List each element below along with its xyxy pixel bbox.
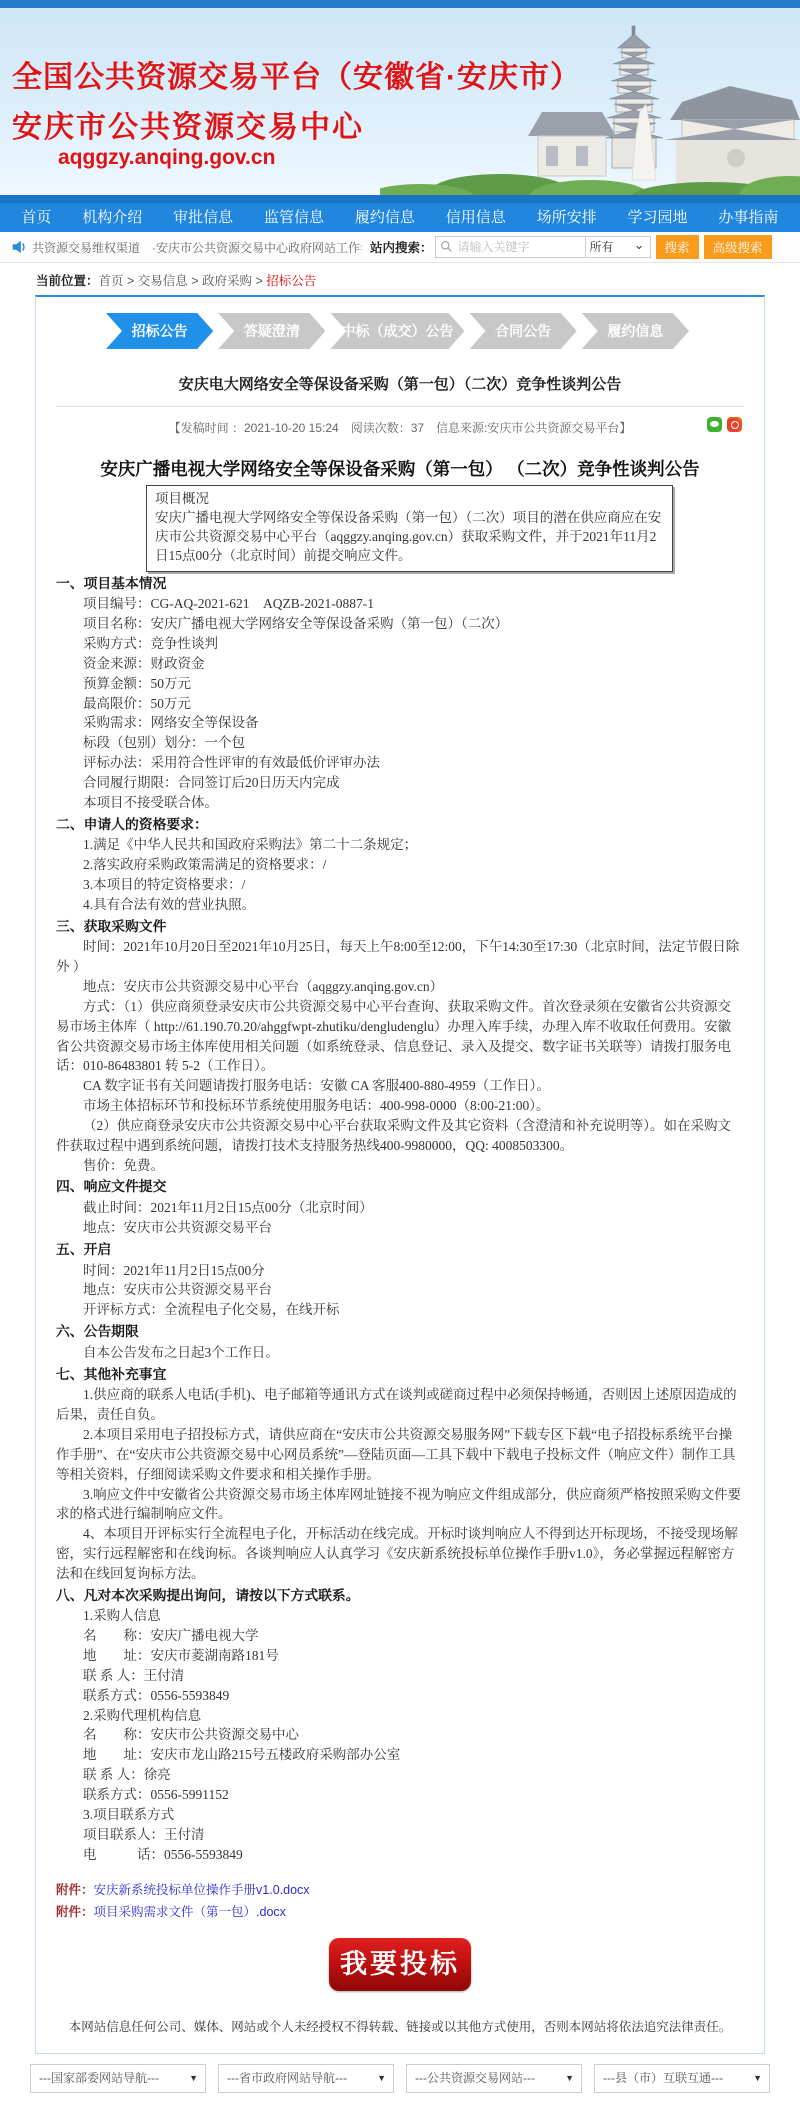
section-line: 自本公告发布之日起3个工作日。 <box>56 1343 744 1363</box>
attachment-link-requirements[interactable]: 项目采购需求文件（第一包）.docx <box>94 1905 286 1919</box>
section-heading: 二、申请人的资格要求： <box>56 815 744 836</box>
section-line: 名 称：安庆市公共资源交易中心 <box>56 1725 744 1745</box>
section-line: 2.采购代理机构信息 <box>56 1706 744 1726</box>
section-line: 1.采购人信息 <box>56 1606 744 1626</box>
main-nav: 首页 机构介绍 审批信息 监管信息 履约信息 信用信息 场所安排 学习园地 办事… <box>0 195 800 232</box>
section-line: 2.落实政府采购政策需满足的资格要求：/ <box>56 855 744 875</box>
site-title-line2: 安庆市公共资源交易中心 <box>12 102 364 146</box>
article-meta-row: 【发稿时间 ：2021-10-20 15:24 阅读次数：37 信息来源:安庆市… <box>56 407 744 446</box>
advanced-search-button[interactable]: 高级搜索 <box>704 235 772 259</box>
section-heading: 一、项目基本情况 <box>56 574 744 595</box>
section-heading: 三、获取采购文件 <box>56 917 744 938</box>
section-line: 1.供应商的联系人电话(手机)、电子邮箱等通讯方式在谈判或磋商过程中必须保持畅通… <box>56 1385 744 1425</box>
section-line: CA 数字证书有关问题请拨打服务电话：安徽 CA 客服400-880-4959（… <box>56 1076 744 1096</box>
search-button[interactable]: 搜索 <box>656 235 699 259</box>
footer-select-trading-sites[interactable]: ---公共资源交易网站--- <box>406 2064 582 2093</box>
ticker-search-row: 共资源交易维权渠道 ·安庆市公共资源交易中心政府网站工作年度报表（20 站内搜索… <box>0 232 800 263</box>
search-icon <box>440 240 453 253</box>
section-line: 标段（包别）划分：一个包 <box>56 733 744 753</box>
nav-item-credit-info[interactable]: 信用信息 <box>446 200 506 227</box>
tab-bid-announcement[interactable]: 招标公告 <box>106 313 213 349</box>
section-line: 项目编号：CG-AQ-2021-621 AQZB-2021-0887-1 <box>56 594 744 614</box>
article-title: 安庆广播电视大学网络安全等保设备采购（第一包） （二次）竞争性谈判公告 <box>56 456 744 481</box>
article-sections: 一、项目基本情况项目编号：CG-AQ-2021-621 AQZB-2021-08… <box>56 574 744 1865</box>
top-strip <box>0 0 800 8</box>
section-line: 地点：安庆市公共资源交易中心平台（aqggzy.anqing.gov.cn） <box>56 977 744 997</box>
section-line: 评标办法：采用符合性评审的有效最低价评审办法 <box>56 753 744 773</box>
share-icons <box>707 417 742 432</box>
section-line: 联 系 人：徐亮 <box>56 1765 744 1785</box>
section-line: 本项目不接受联合体。 <box>56 793 744 813</box>
footer-select-provincial-sites[interactable]: ---省市政府网站导航--- <box>218 2064 394 2093</box>
nav-item-home[interactable]: 首页 <box>21 200 51 227</box>
section-line: 时间：2021年11月2日15点00分 <box>56 1261 744 1281</box>
section-line: 截止时间：2021年11月2日15点00分（北京时间） <box>56 1198 744 1218</box>
bid-button[interactable]: 我要投标 <box>329 1938 471 1991</box>
speaker-icon <box>10 238 28 256</box>
section-line: 项目名称：安庆广播电视大学网络安全等保设备采购（第一包）（二次） <box>56 614 744 634</box>
breadcrumb-current: 招标公告 <box>266 274 316 288</box>
section-line: 开评标方式：全流程电子化交易，在线开标 <box>56 1300 744 1320</box>
section-line: 最高限价：50万元 <box>56 694 744 714</box>
site-url: aqggzy.anqing.gov.cn <box>58 146 275 170</box>
section-heading: 七、其他补充事宜 <box>56 1365 744 1386</box>
section-heading: 八、凡对本次采购提出询问，请按以下方式联系。 <box>56 1586 744 1607</box>
section-line: 4.具有合法有效的营业执照。 <box>56 895 744 915</box>
attachment-label: 附件： <box>56 1883 94 1897</box>
section-line: 项目联系人：王付清 <box>56 1825 744 1845</box>
content-panel: 招标公告 答疑澄清 中标（成交）公告 合同公告 履约信息 安庆电大网络安全等保设… <box>35 295 765 2054</box>
overview-title: 项目概况 <box>155 489 664 508</box>
section-line: 名 称：安庆广播电视大学 <box>56 1626 744 1646</box>
article-meta: 【发稿时间 ：2021-10-20 15:24 阅读次数：37 信息来源:安庆市… <box>169 421 632 435</box>
category-tabs: 招标公告 答疑澄清 中标（成交）公告 合同公告 履约信息 <box>106 313 694 349</box>
section-line: 联系方式：0556-5991152 <box>56 1785 744 1805</box>
site-title-line1: 全国公共资源交易平台（安徽省·安庆市） <box>12 52 581 96</box>
section-line: 4、本项目开评标实行全流程电子化，开标活动在线完成。开标时谈判响应人不得到达开标… <box>56 1524 744 1584</box>
section-line: 方式：（1）供应商须登录安庆市公共资源交易中心平台查询、获取采购文件。首次登录须… <box>56 997 744 1076</box>
project-overview-box: 项目概况 安庆广播电视大学网络安全等保设备采购（第一包）（二次）项目的潜在供应商… <box>146 485 673 572</box>
section-line: 3.项目联系方式 <box>56 1805 744 1825</box>
section-line: 资金来源：财政资金 <box>56 654 744 674</box>
section-line: 市场主体招标环节和投标环节系统使用服务电话：400-998-0000（8:00-… <box>56 1096 744 1116</box>
section-line: 3.响应文件中安徽省公共资源交易市场主体库网址链接不视为响应文件组成部分，供应商… <box>56 1485 744 1525</box>
search-input-wrap <box>435 236 585 258</box>
wechat-share-icon[interactable] <box>707 417 722 432</box>
nav-item-supervision-info[interactable]: 监管信息 <box>264 200 324 227</box>
footer-select-national-sites[interactable]: ---国家部委网站导航--- <box>30 2064 206 2093</box>
section-line: 2.本项目采用电子招投标方式，请供应商在“安庆市公共资源交易服务网”下载专区下载… <box>56 1425 744 1485</box>
attachment-link-manual[interactable]: 安庆新系统投标单位操作手册v1.0.docx <box>94 1883 310 1897</box>
footer-select-county-sites[interactable]: ---县（市）互联互通--- <box>594 2064 770 2093</box>
section-heading: 六、公告期限 <box>56 1322 744 1343</box>
section-line: （2）供应商登录安庆市公共资源交易中心平台获取采购文件及其它资料（含澄清和补充说… <box>56 1116 744 1156</box>
site-header-banner: 全国公共资源交易平台（安徽省·安庆市） 安庆市公共资源交易中心 aqggzy.a… <box>0 8 800 195</box>
breadcrumb-prefix: 当前位置： <box>36 274 99 288</box>
attachment-label: 附件： <box>56 1905 94 1919</box>
nav-item-service-guide[interactable]: 办事指南 <box>718 200 778 227</box>
section-line: 联系方式：0556-5593849 <box>56 1686 744 1706</box>
breadcrumb-path[interactable]: 首页 > 交易信息 > 政府采购 > <box>99 274 267 288</box>
section-line: 预算金额：50万元 <box>56 674 744 694</box>
overview-body: 安庆广播电视大学网络安全等保设备采购（第一包）（二次）项目的潜在供应商应在安庆市… <box>155 508 664 565</box>
tab-award-announcement[interactable]: 中标（成交）公告 <box>330 313 464 349</box>
section-line: 3.本项目的特定资格要求：/ <box>56 875 744 895</box>
nav-item-learning-garden[interactable]: 学习园地 <box>628 200 688 227</box>
section-line: 合同履行期限：合同签订后20日历天内完成 <box>56 773 744 793</box>
site-search-label: 站内搜索： <box>370 238 433 256</box>
search-scope-select[interactable]: 所有 <box>585 236 651 258</box>
attachment-row: 附件：项目采购需求文件（第一包）.docx <box>56 1902 744 1924</box>
nav-item-venue-arrangement[interactable]: 场所安排 <box>537 200 597 227</box>
section-heading: 四、响应文件提交 <box>56 1177 744 1198</box>
search-input[interactable] <box>435 236 585 258</box>
section-heading: 五、开启 <box>56 1240 744 1261</box>
tab-qa-clarification[interactable]: 答疑澄清 <box>218 313 325 349</box>
section-line: 地 址：安庆市龙山路215号五楼政府采购部办公室 <box>56 1745 744 1765</box>
nav-item-org-intro[interactable]: 机构介绍 <box>82 200 142 227</box>
nav-item-approval-info[interactable]: 审批信息 <box>173 200 233 227</box>
section-line: 电 话：0556-5593849 <box>56 1845 744 1865</box>
page-title: 安庆电大网络安全等保设备采购（第一包）（二次）竞争性谈判公告 <box>56 363 744 407</box>
header-building-image <box>380 8 800 195</box>
section-line: 地点：安庆市公共资源交易平台 <box>56 1218 744 1238</box>
section-line: 采购需求：网络安全等保设备 <box>56 713 744 733</box>
article-body: 安庆广播电视大学网络安全等保设备采购（第一包） （二次）竞争性谈判公告 项目概况… <box>56 456 744 2035</box>
section-line: 售价：免费。 <box>56 1156 744 1176</box>
weibo-share-icon[interactable] <box>727 417 742 432</box>
section-line: 时间：2021年10月20日至2021年10月25日，每天上午8:00至12:0… <box>56 937 744 977</box>
section-line: 地 址：安庆市菱湖南路181号 <box>56 1646 744 1666</box>
section-line: 采购方式：竞争性谈判 <box>56 634 744 654</box>
announcement-marquee[interactable]: 共资源交易维权渠道 ·安庆市公共资源交易中心政府网站工作年度报表（20 <box>32 239 362 256</box>
attachment-row: 附件：安庆新系统投标单位操作手册v1.0.docx <box>56 1880 744 1902</box>
footer-link-selects: ---国家部委网站导航--- ---省市政府网站导航--- ---公共资源交易网… <box>0 2054 800 2103</box>
attachments: 附件：安庆新系统投标单位操作手册v1.0.docx 附件：项目采购需求文件（第一… <box>56 1880 744 1924</box>
bid-button-wrap: 我要投标 <box>56 1938 744 1991</box>
nav-item-performance-info[interactable]: 履约信息 <box>355 200 415 227</box>
site-disclaimer: 本网站信息任何公司、媒体、网站或个人未经授权不得转载、链接或以其他方式使用，否则… <box>56 2017 744 2035</box>
section-line: 联 系 人：王付清 <box>56 1666 744 1686</box>
breadcrumb: 当前位置：首页 > 交易信息 > 政府采购 > 招标公告 <box>0 263 800 295</box>
section-line: 1.满足《中华人民共和国政府采购法》第二十二条规定； <box>56 835 744 855</box>
tab-performance-info[interactable]: 履约信息 <box>582 313 689 349</box>
section-line: 地点：安庆市公共资源交易平台 <box>56 1280 744 1300</box>
tab-contract-announcement[interactable]: 合同公告 <box>470 313 577 349</box>
